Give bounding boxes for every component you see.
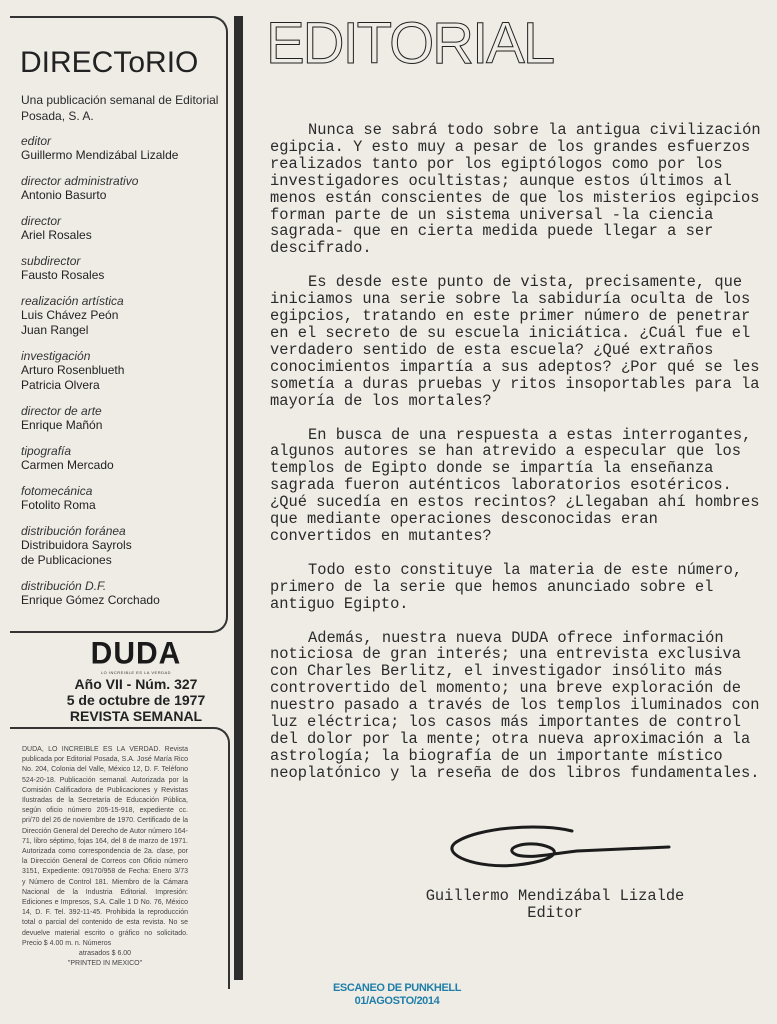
directory-person: Arturo Rosenblueth bbox=[21, 363, 221, 378]
directory-person: Juan Rangel bbox=[21, 323, 221, 338]
directory-person: Carmen Mercado bbox=[21, 458, 221, 473]
signer-name: Guillermo Mendizábal Lizalde bbox=[390, 888, 720, 905]
directory-intro: Una publicación semanal de Editorial Pos… bbox=[21, 92, 221, 124]
signer-block: Guillermo Mendizábal Lizalde Editor bbox=[390, 888, 720, 922]
directory-person: Distribuidora Sayrols bbox=[21, 538, 221, 553]
editorial-paragraph: En busca de una respuesta a estas interr… bbox=[270, 427, 765, 545]
directory-entry: editorGuillermo Mendizábal Lizalde bbox=[21, 134, 221, 163]
editorial-paragraph: Es desde este punto de vista, precisamen… bbox=[270, 274, 765, 409]
magazine-page: DIRECToRIO Una publicación semanal de Ed… bbox=[0, 0, 777, 1024]
directory-person: Fausto Rosales bbox=[21, 268, 221, 283]
masthead: DUDA LO INCREIBLE ES LA VERDAD Año VII -… bbox=[10, 638, 230, 724]
directory-role: distribución D.F. bbox=[21, 579, 221, 593]
directory-role: realización artística bbox=[21, 294, 221, 308]
directory-entry: realización artísticaLuis Chávez PeónJua… bbox=[21, 294, 221, 338]
directory-person: Enrique Mañón bbox=[21, 418, 221, 433]
directory-entry: director administrativoAntonio Basurto bbox=[21, 174, 221, 203]
directory-person: Luis Chávez Peón bbox=[21, 308, 221, 323]
directory-person: Patricia Olvera bbox=[21, 378, 221, 393]
directory-role: investigación bbox=[21, 349, 221, 363]
editorial-paragraph: Nunca se sabrá todo sobre la antigua civ… bbox=[270, 122, 765, 257]
directory-role: fotomecánica bbox=[21, 484, 221, 498]
scan-credit-date: 01/AGOSTO/2014 bbox=[322, 995, 472, 1008]
directory-role: director administrativo bbox=[21, 174, 221, 188]
editorial-title: EDITORIAL bbox=[266, 12, 553, 76]
directory-role: tipografía bbox=[21, 444, 221, 458]
duda-logo: DUDA bbox=[42, 637, 230, 671]
directory-person: de Publicaciones bbox=[21, 553, 221, 568]
directory-role: editor bbox=[21, 134, 221, 148]
editorial-body: Nunca se sabrá todo sobre la antigua civ… bbox=[270, 122, 765, 799]
directory-person: Enrique Gómez Corchado bbox=[21, 593, 221, 608]
directory-person: Ariel Rosales bbox=[21, 228, 221, 243]
directory-entry: tipografíaCarmen Mercado bbox=[21, 444, 221, 473]
directory-role: director bbox=[21, 214, 221, 228]
issue-date: 5 de octubre de 1977 bbox=[42, 692, 230, 708]
signature-icon bbox=[447, 825, 672, 875]
directory-role: director de arte bbox=[21, 404, 221, 418]
publication-type: REVISTA SEMANAL bbox=[42, 708, 230, 724]
signer-title: Editor bbox=[390, 905, 720, 922]
vertical-divider bbox=[234, 16, 243, 980]
directory-role: subdirector bbox=[21, 254, 221, 268]
directory-role: distribución foránea bbox=[21, 524, 221, 538]
directory-entry: director de arteEnrique Mañón bbox=[21, 404, 221, 433]
directory-person: Fotolito Roma bbox=[21, 498, 221, 513]
editorial-paragraph: Todo esto constituye la materia de este … bbox=[270, 562, 765, 613]
directory-title: DIRECToRIO bbox=[20, 46, 198, 80]
editorial-paragraph: Además, nuestra nueva DUDA ofrece inform… bbox=[270, 630, 765, 782]
directory-entry: fotomecánicaFotolito Roma bbox=[21, 484, 221, 513]
legal-notice: DUDA, LO INCREIBLE ES LA VERDAD. Revista… bbox=[22, 745, 188, 969]
directory-person: Guillermo Mendizábal Lizalde bbox=[21, 148, 221, 163]
legal-back-issues: atrasados $ 6.00 bbox=[22, 949, 188, 959]
directory-entry: subdirectorFausto Rosales bbox=[21, 254, 221, 283]
issue-number: Año VII - Núm. 327 bbox=[42, 676, 230, 692]
legal-body: DUDA, LO INCREIBLE ES LA VERDAD. Revista… bbox=[22, 746, 188, 947]
directory-person: Antonio Basurto bbox=[21, 188, 221, 203]
directory-list: editorGuillermo Mendizábal Lizaldedirect… bbox=[21, 134, 221, 619]
legal-printed-in: "PRINTED IN MEXICO" bbox=[22, 959, 188, 969]
directory-entry: investigaciónArturo RosenbluethPatricia … bbox=[21, 349, 221, 393]
scan-credit: ESCANEO DE PUNKHELL 01/AGOSTO/2014 bbox=[322, 982, 472, 1008]
directory-entry: distribución foráneaDistribuidora Sayrol… bbox=[21, 524, 221, 568]
scan-credit-author: ESCANEO DE PUNKHELL bbox=[322, 982, 472, 995]
directory-entry: distribución D.F.Enrique Gómez Corchado bbox=[21, 579, 221, 608]
directory-entry: directorAriel Rosales bbox=[21, 214, 221, 243]
